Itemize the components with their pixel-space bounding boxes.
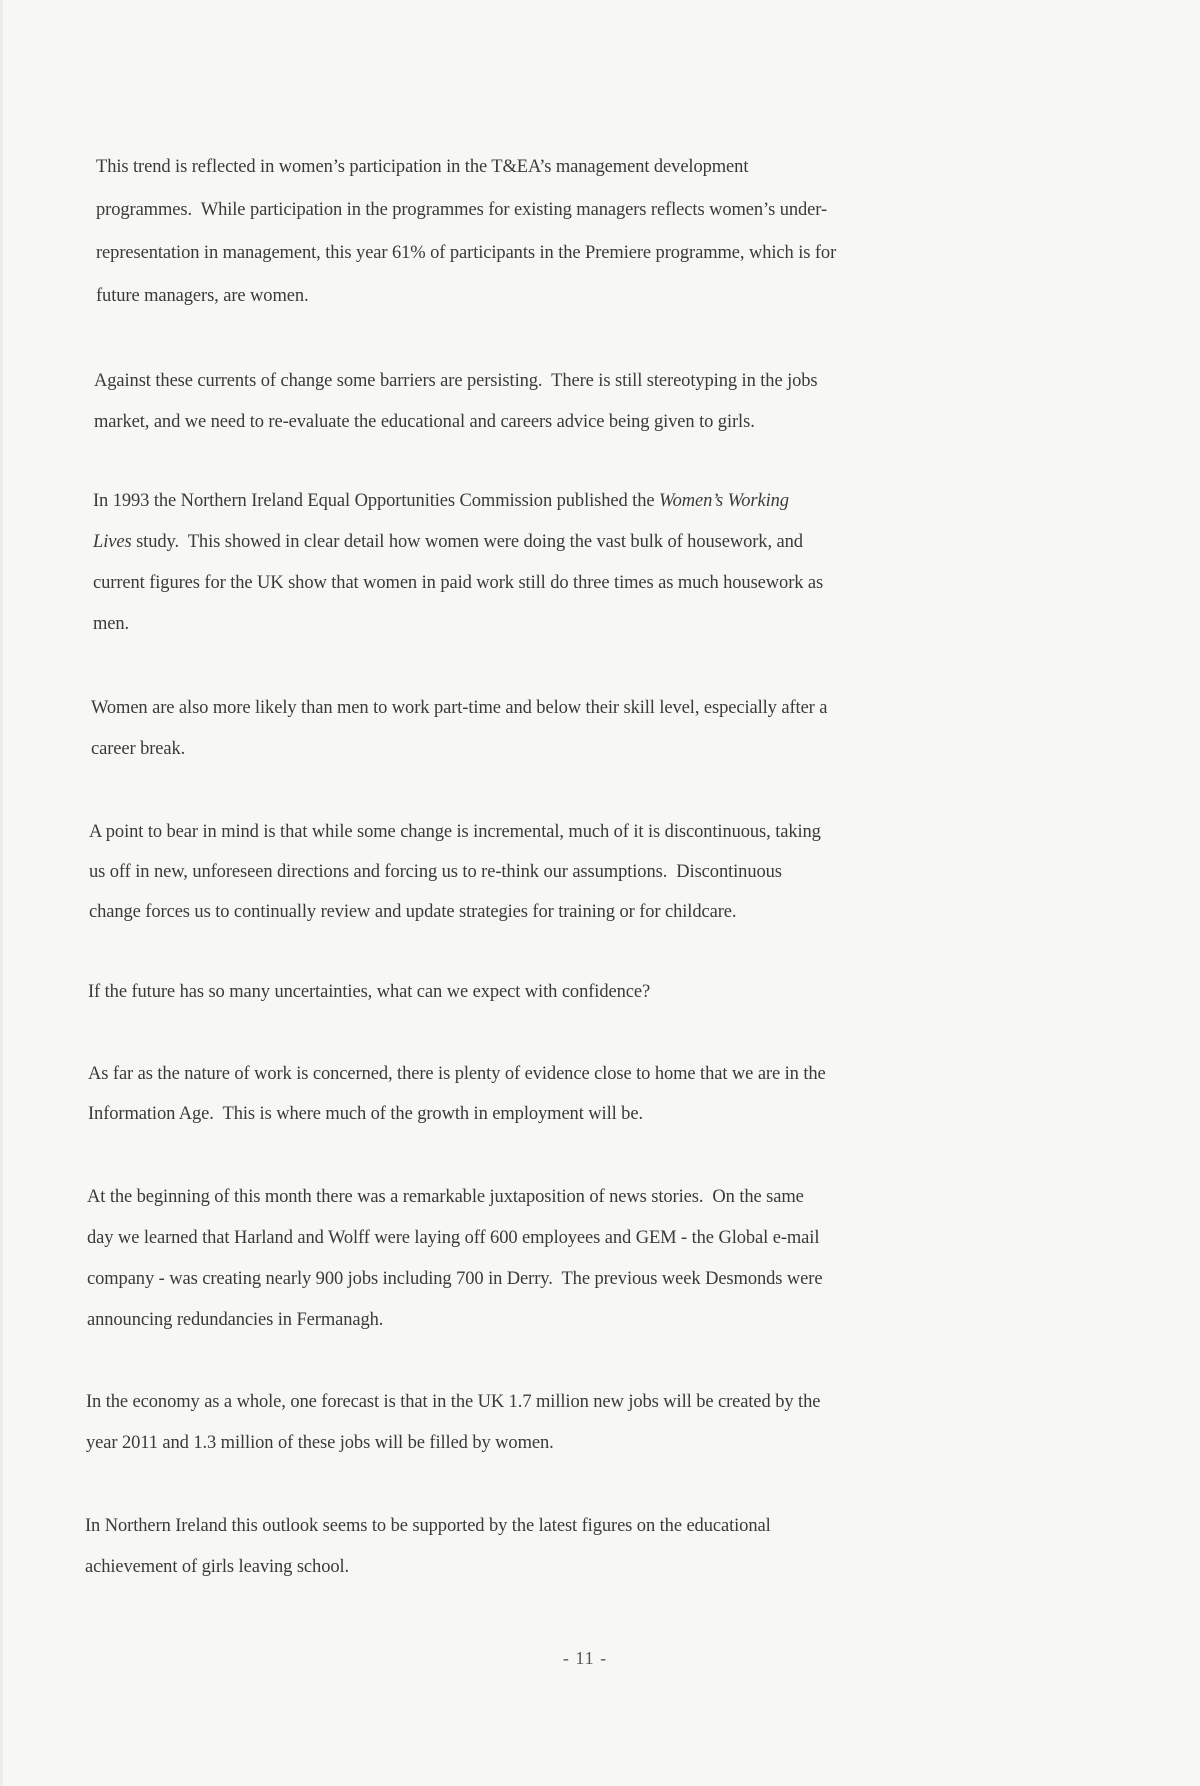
text-line: men. [93, 604, 823, 645]
text-line: Women are also more likely than men to w… [91, 688, 827, 729]
text-line: announcing redundancies in Fermanagh. [87, 1300, 822, 1341]
text-line: Lives study. This showed in clear detail… [93, 522, 823, 563]
text-line: change forces us to continually review a… [89, 892, 821, 932]
paragraph-northern-ireland-girls: In Northern Ireland this outlook seems t… [85, 1506, 771, 1588]
paragraph-barriers: Against these currents of change some ba… [94, 361, 818, 443]
text-line: In 1993 the Northern Ireland Equal Oppor… [93, 481, 823, 522]
paragraph-uncertainties-question: If the future has so many uncertainties,… [88, 972, 650, 1013]
text-line: This trend is reflected in women’s parti… [96, 146, 836, 189]
paragraph-part-time-work: Women are also more likely than men to w… [91, 688, 827, 770]
text-line: future managers, are women. [96, 275, 836, 318]
text-line: As far as the nature of work is concerne… [88, 1054, 826, 1094]
text-segment: In 1993 the Northern Ireland Equal Oppor… [93, 491, 659, 511]
text-line: representation in management, this year … [96, 232, 836, 275]
paragraph-news-stories: At the beginning of this month there was… [87, 1177, 822, 1341]
study-title-italic: Lives [93, 532, 132, 552]
text-line: If the future has so many uncertainties,… [88, 972, 650, 1013]
text-segment: study. This showed in clear detail how w… [132, 532, 803, 552]
paragraph-womens-working-lives: In 1993 the Northern Ireland Equal Oppor… [93, 481, 823, 645]
text-line: year 2011 and 1.3 million of these jobs … [86, 1423, 820, 1464]
paragraph-discontinuous-change: A point to bear in mind is that while so… [89, 812, 821, 932]
text-line: programmes. While participation in the p… [96, 189, 836, 232]
text-line: day we learned that Harland and Wolff we… [87, 1218, 822, 1259]
text-line: In the economy as a whole, one forecast … [86, 1382, 820, 1423]
page-number: - 11 - [0, 1648, 1170, 1669]
text-line: us off in new, unforeseen directions and… [89, 852, 821, 892]
text-line: Against these currents of change some ba… [94, 361, 818, 402]
text-line: achievement of girls leaving school. [85, 1547, 771, 1588]
text-line: At the beginning of this month there was… [87, 1177, 822, 1218]
paragraph-uk-forecast: In the economy as a whole, one forecast … [86, 1382, 820, 1464]
text-line: Information Age. This is where much of t… [88, 1094, 826, 1134]
text-line: company - was creating nearly 900 jobs i… [87, 1259, 822, 1300]
document-page: This trend is reflected in women’s parti… [0, 0, 1200, 1786]
paragraph-tea-programmes: This trend is reflected in women’s parti… [96, 146, 836, 318]
text-line: market, and we need to re-evaluate the e… [94, 402, 818, 443]
text-line: career break. [91, 729, 827, 770]
text-line: current figures for the UK show that wom… [93, 563, 823, 604]
paragraph-information-age: As far as the nature of work is concerne… [88, 1054, 826, 1134]
study-title-italic: Women’s Working [659, 491, 789, 511]
text-line: In Northern Ireland this outlook seems t… [85, 1506, 771, 1547]
text-line: A point to bear in mind is that while so… [89, 812, 821, 852]
